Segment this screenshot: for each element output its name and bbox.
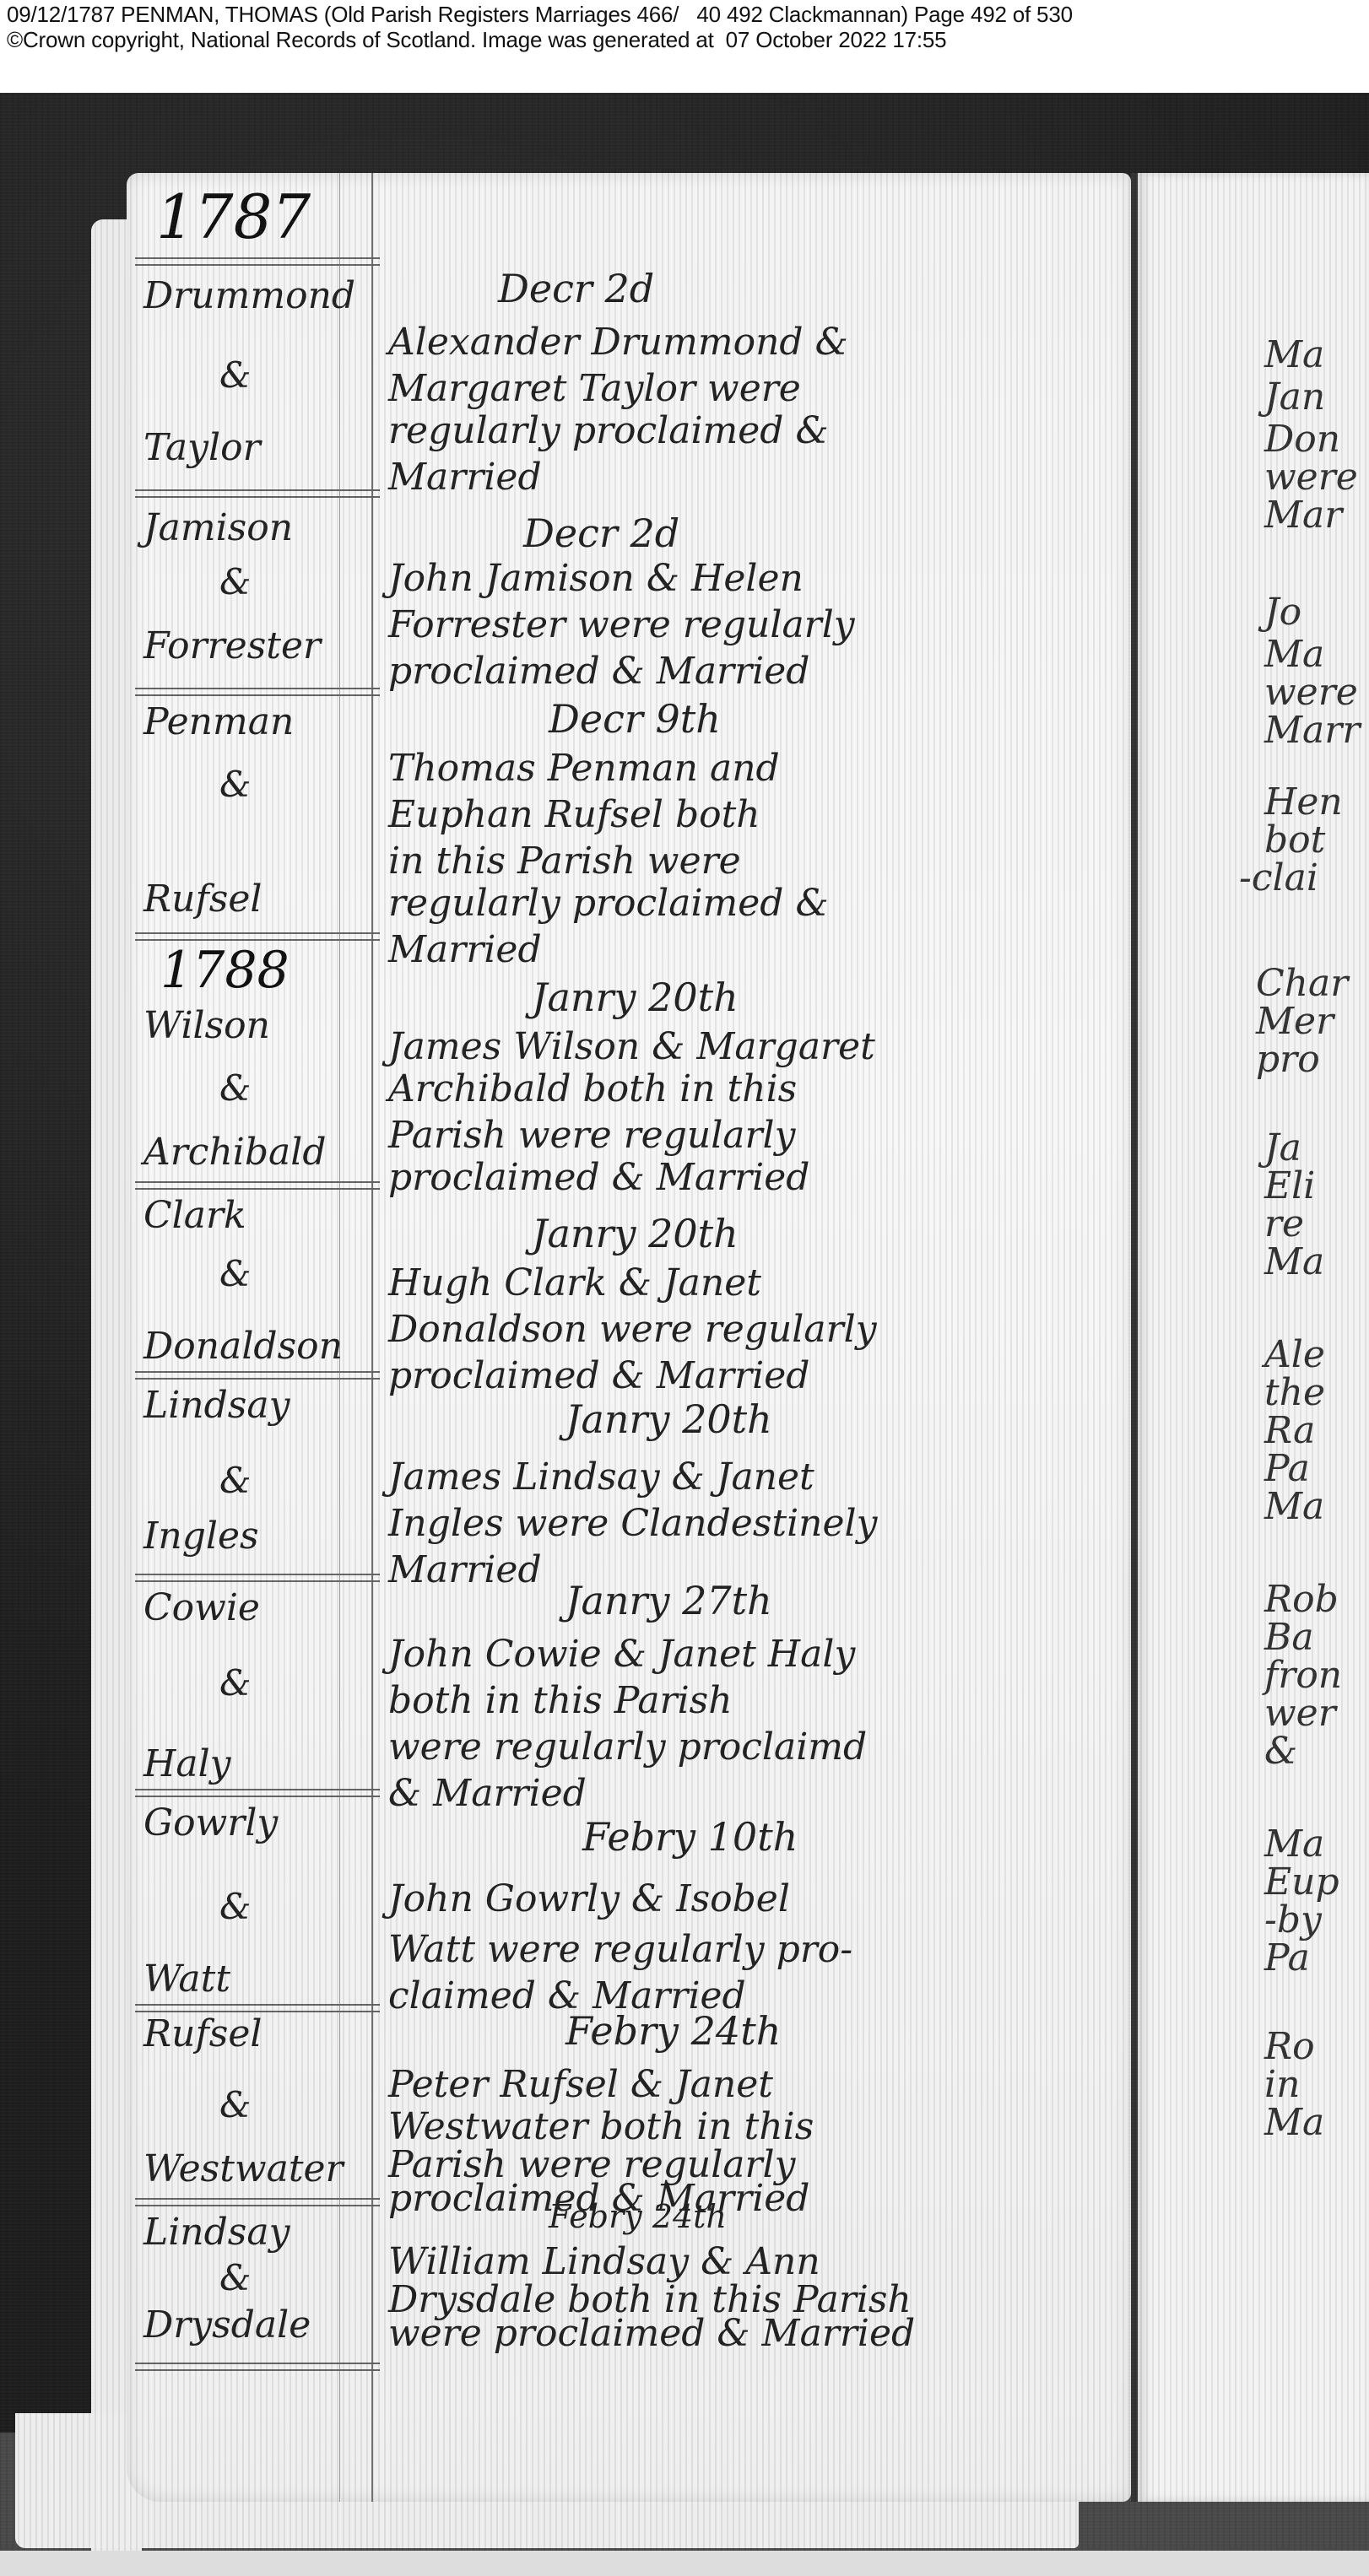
entry-line: Married bbox=[388, 928, 542, 971]
margin-surname: Lindsay bbox=[143, 2211, 289, 2254]
entry-line: Thomas Penman and bbox=[388, 747, 780, 790]
margin-surname: Drysdale bbox=[143, 2303, 311, 2346]
right-page-text: Ma bbox=[1264, 2101, 1324, 2144]
entry-line: regularly proclaimed & bbox=[388, 882, 829, 925]
entry-line: James Wilson & Margaret bbox=[388, 1025, 875, 1068]
entry-date: Febry 24th bbox=[549, 2198, 727, 2235]
margin-surname: Rufsel bbox=[143, 878, 262, 921]
margin-surname: Rufsel bbox=[143, 2012, 262, 2055]
entry-divider bbox=[135, 489, 380, 498]
margin-surname: Cowie bbox=[143, 1586, 260, 1629]
document-header: 09/12/1787 PENMAN, THOMAS (Old Parish Re… bbox=[0, 0, 1369, 93]
margin-surname: Drummond bbox=[143, 274, 355, 317]
entry-date: Febry 10th bbox=[582, 1814, 798, 1860]
entry-divider bbox=[135, 1574, 380, 1582]
margin-line bbox=[371, 173, 373, 2502]
entry-line: Watt were regularly pro- bbox=[388, 1928, 852, 1971]
margin-surname: Penman bbox=[143, 700, 294, 743]
right-page-text: Char bbox=[1256, 962, 1348, 1005]
year-heading-1788: 1788 bbox=[160, 941, 289, 1000]
entry-line: John Cowie & Janet Haly bbox=[388, 1633, 855, 1676]
margin-ampersand: & bbox=[219, 1067, 251, 1109]
entry-divider bbox=[135, 257, 380, 266]
right-page-text: re bbox=[1264, 1202, 1304, 1245]
right-page-text: Ma bbox=[1264, 1823, 1324, 1866]
right-page-text: Ma bbox=[1264, 1485, 1324, 1528]
entry-line: John Jamison & Helen bbox=[388, 557, 804, 600]
right-page-text: Ma bbox=[1264, 633, 1324, 676]
register-page-right-partial: Ma Jan Don were Mar Jo Ma were Marr Hen … bbox=[1138, 173, 1369, 2502]
entry-divider bbox=[135, 2198, 380, 2206]
right-page-text: Eup bbox=[1264, 1860, 1339, 1904]
entry-line: were regularly proclaimd bbox=[388, 1725, 867, 1769]
entry-line: Married bbox=[388, 1548, 542, 1591]
margin-ampersand: & bbox=[219, 354, 251, 396]
margin-surname: Westwater bbox=[143, 2147, 344, 2190]
right-page-text: -clai bbox=[1239, 856, 1318, 899]
entry-line: John Gowrly & Isobel bbox=[388, 1877, 790, 1920]
margin-ampersand: & bbox=[219, 764, 251, 805]
margin-surname: Haly bbox=[143, 1742, 231, 1785]
entry-date: Janry 20th bbox=[532, 975, 739, 1020]
entry-line: proclaimed & Married bbox=[388, 1354, 809, 1397]
entry-date: Febry 24th bbox=[565, 2008, 781, 2054]
margin-surname: Wilson bbox=[143, 1004, 270, 1047]
copyright-notice: ©Crown copyright, National Records of Sc… bbox=[7, 27, 946, 52]
entry-date: Decr 9th bbox=[549, 696, 721, 742]
margin-surname: Taylor bbox=[143, 426, 261, 469]
right-page-text: fron bbox=[1264, 1654, 1342, 1697]
right-page-text: in bbox=[1264, 2063, 1300, 2106]
margin-surname: Lindsay bbox=[143, 1384, 289, 1427]
entry-line: Euphan Rufsel both bbox=[388, 793, 760, 836]
entry-divider bbox=[135, 2363, 380, 2371]
margin-surname: Watt bbox=[143, 1958, 230, 2001]
right-page-text: & bbox=[1264, 1730, 1297, 1773]
right-page-text: Ra bbox=[1264, 1409, 1315, 1452]
entry-line: proclaimed & Married bbox=[388, 650, 809, 693]
year-heading-1787: 1787 bbox=[156, 181, 311, 252]
right-page-text: were bbox=[1264, 671, 1358, 714]
entry-date: Janry 27th bbox=[565, 1578, 772, 1623]
margin-surname: Jamison bbox=[143, 506, 293, 549]
margin-ampersand: & bbox=[219, 1253, 251, 1294]
right-page-text: Ja bbox=[1264, 1126, 1301, 1169]
entry-line: Forrester were regularly bbox=[388, 603, 855, 646]
right-page-text: -by bbox=[1264, 1898, 1322, 1941]
entry-divider bbox=[135, 2004, 380, 2012]
right-page-text: Hen bbox=[1264, 780, 1343, 824]
margin-ampersand: & bbox=[219, 2084, 251, 2125]
entry-line: were proclaimed & Married bbox=[388, 2312, 915, 2355]
book-gutter bbox=[1131, 173, 1138, 2502]
right-page-text: Mer bbox=[1256, 1000, 1334, 1043]
entry-line: Margaret Taylor were bbox=[388, 367, 801, 410]
entry-line: Alexander Drummond & bbox=[388, 321, 848, 364]
margin-surname: Gowrly bbox=[143, 1801, 278, 1844]
margin-surname: Forrester bbox=[143, 624, 321, 667]
margin-surname: Clark bbox=[143, 1194, 246, 1237]
right-page-text: Mar bbox=[1264, 494, 1342, 537]
entry-line: Donaldson were regularly bbox=[388, 1308, 877, 1351]
entry-line: Married bbox=[388, 456, 542, 499]
entry-line: proclaimed & Married bbox=[388, 1156, 809, 1199]
entry-line: James Lindsay & Janet bbox=[388, 1455, 814, 1499]
entry-line: Peter Rufsel & Janet bbox=[388, 2063, 773, 2106]
margin-ampersand: & bbox=[219, 1886, 251, 1927]
entry-line: both in this Parish bbox=[388, 1679, 733, 1722]
entry-date: Janry 20th bbox=[532, 1211, 739, 1256]
margin-ampersand: & bbox=[219, 1662, 251, 1704]
entry-line: Hugh Clark & Janet bbox=[388, 1261, 761, 1304]
right-page-text: Marr bbox=[1264, 709, 1360, 752]
right-page-text: were bbox=[1264, 456, 1358, 499]
entry-line: Ingles were Clandestinely bbox=[388, 1502, 877, 1545]
margin-surname: Archibald bbox=[143, 1131, 327, 1174]
right-page-text: Pa bbox=[1264, 1936, 1310, 1979]
record-title: 09/12/1787 PENMAN, THOMAS (Old Parish Re… bbox=[7, 2, 1073, 27]
right-page-text: the bbox=[1264, 1371, 1325, 1414]
right-page-text: Jan bbox=[1264, 375, 1325, 419]
entry-line: Parish were regularly bbox=[388, 1114, 795, 1157]
entry-line: in this Parish were bbox=[388, 840, 741, 883]
entry-divider bbox=[135, 1371, 380, 1380]
entry-divider bbox=[135, 688, 380, 696]
entry-date: Decr 2d bbox=[498, 266, 654, 311]
right-page-text: Eli bbox=[1264, 1164, 1315, 1207]
right-page-text: Jo bbox=[1264, 591, 1301, 634]
right-page-text: Pa bbox=[1264, 1447, 1310, 1490]
right-page-text: pro bbox=[1256, 1038, 1320, 1081]
right-page-text: Rob bbox=[1264, 1578, 1339, 1621]
right-page-text: wer bbox=[1264, 1692, 1336, 1735]
register-scan-image: 1787 Drummond & Taylor Decr 2d Alexander… bbox=[0, 93, 1369, 2551]
right-page-text: Ma bbox=[1264, 1240, 1324, 1283]
margin-ampersand: & bbox=[219, 561, 251, 602]
entry-line: Westwater both in this bbox=[388, 2105, 814, 2148]
register-page-left: 1787 Drummond & Taylor Decr 2d Alexander… bbox=[127, 173, 1131, 2502]
right-page-text: Ro bbox=[1264, 2025, 1315, 2068]
entry-divider bbox=[135, 1181, 380, 1190]
margin-surname: Ingles bbox=[143, 1515, 259, 1558]
right-page-text: Ale bbox=[1264, 1333, 1325, 1376]
margin-ampersand: & bbox=[219, 1460, 251, 1501]
entry-date: Decr 2d bbox=[523, 510, 679, 556]
entry-line: Archibald both in this bbox=[388, 1067, 797, 1110]
entry-line: regularly proclaimed & bbox=[388, 409, 829, 452]
entry-date: Janry 20th bbox=[565, 1396, 772, 1442]
right-page-text: Don bbox=[1264, 418, 1340, 461]
right-page-text: Ba bbox=[1264, 1616, 1314, 1659]
entry-line: & Married bbox=[388, 1772, 587, 1815]
entry-line: William Lindsay & Ann bbox=[388, 2240, 820, 2283]
right-page-text: Ma bbox=[1264, 333, 1324, 376]
entry-divider bbox=[135, 1789, 380, 1797]
margin-surname: Donaldson bbox=[143, 1325, 343, 1368]
right-page-text: bot bbox=[1264, 818, 1325, 861]
entry-divider bbox=[135, 932, 380, 941]
margin-ampersand: & bbox=[219, 2257, 251, 2298]
